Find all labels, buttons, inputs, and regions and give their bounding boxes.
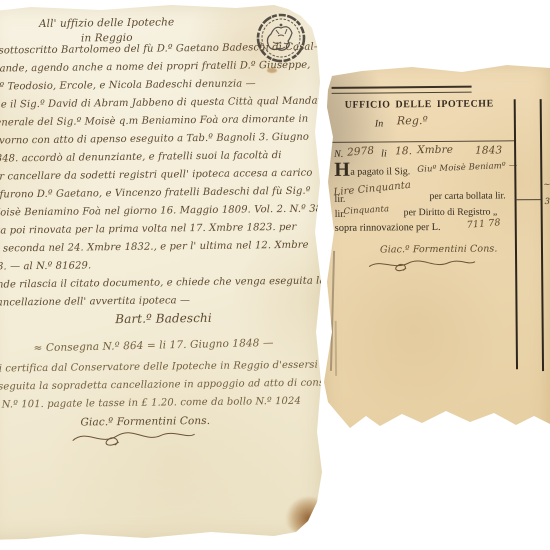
petitioner-signature: Bart.º Badeschi <box>115 311 212 326</box>
date-day: 18. <box>395 145 412 157</box>
left-document-text: All' uffizio delle Ipoteche in Reggio Il… <box>0 0 328 544</box>
number-value: 2978 <box>347 145 375 159</box>
ledger-margin-mark: ~ <box>543 180 550 190</box>
renewal-amount-value: 711 78 <box>466 217 501 231</box>
ledger-margin-mark: 3 <box>545 197 550 207</box>
paper-fold-shadow <box>330 251 335 371</box>
scanned-documents-background: { "colors": { "background": "#ffffff", "… <box>0 0 550 550</box>
handwritten-line: che il Sig.º David di Abram Jabbeno di q… <box>0 95 342 110</box>
handwritten-line: D.º Teodosio, Ercole, e Nicola Badeschi … <box>0 78 256 92</box>
handwritten-line: grande, agendo anche a nome dei propri f… <box>0 60 311 75</box>
place-value: Reg.º <box>397 114 428 127</box>
handwritten-line: li furono D.º Gaetano, e Vincenzo fratel… <box>0 186 311 201</box>
handwritten-line: Moisè Beniamino Foà nel giorno 16. Maggi… <box>0 203 332 218</box>
amount2-rest: per Diritto di Registro „ <box>404 206 498 218</box>
handwritten-line: far cancellare da sodetti registri quell… <box>0 168 312 183</box>
handwritten-line: 1848. accordò al denunziante, e fratelli… <box>0 150 282 165</box>
office-title: UFFICIO DELLE IPOTECHE <box>345 99 493 111</box>
handwritten-line: onde rilascia il citato documento, e chi… <box>0 276 326 291</box>
amount2-value: Cinquanta <box>343 204 389 217</box>
date-month: Xmbre <box>417 144 453 156</box>
renewal-line-label: sopra rinnovazione per L. <box>335 222 441 234</box>
certification-line: eseguita la sopradetta cancellazione in … <box>0 377 340 392</box>
certification-line: o N.º 101. pagate le tasse in £ 1.20. co… <box>0 396 301 411</box>
consegna-note: ≈ Consegna N.º 864 = li 17. Giugno 1848 … <box>33 337 273 354</box>
right-document-text: UFFICIO DELLE IPOTECHE In Reg.º N. 2978 … <box>320 61 550 443</box>
handwritten-line: Livorno con atto di apenso eseguito a Ta… <box>0 132 309 147</box>
conservator-signature: Giac.º Formentini Cons. <box>80 415 210 429</box>
clerk-signature: Giac.º Formentini Cons. <box>380 243 498 255</box>
paid-text: a pagato il Sig. <box>350 166 410 178</box>
handwritten-line: generale del Sig.º Moisè q.m Beniamino F… <box>0 114 308 129</box>
paid-dropcap: H <box>334 159 350 182</box>
handwritten-line: 43. — al N.º 81629. <box>0 260 91 272</box>
amount1-label: lir. <box>334 194 345 205</box>
ledger-amount-separator <box>516 199 541 200</box>
ledger-column-rule-left <box>514 99 518 369</box>
right-document-paper: UFFICIO DELLE IPOTECHE In Reg.º N. 2978 … <box>322 62 550 442</box>
date-label: li <box>381 148 387 159</box>
paper-fold-shadow <box>335 321 337 376</box>
signature-flourish-icon <box>69 429 199 447</box>
place-label: In <box>375 118 383 129</box>
amount1-rest: per carta bollata lir. <box>429 190 505 202</box>
document-header-line1: All' uffizio delle Ipoteche <box>32 16 182 30</box>
header-rule <box>329 140 515 143</box>
date-year: 1843 <box>475 144 502 156</box>
handwritten-line: la seconda nel 24. Xmbre 1832., e per l'… <box>0 240 309 255</box>
left-document-paper: All' uffizio delle Ipoteche in Reggio Il… <box>0 2 324 542</box>
ledger-column-rule-right <box>540 99 544 371</box>
payer-value: Giuº Moisè Beniamº — <box>417 161 517 175</box>
handwritten-line: cancellazione dell' avvertita ipoteca — <box>0 295 190 308</box>
handwritten-line: ata poi rinovata per la prima volta nel … <box>0 222 296 237</box>
signature-flourish-icon <box>366 258 478 273</box>
header-double-rule <box>332 86 472 94</box>
certification-line: Si certifica dal Conservatore delle Ipot… <box>0 360 318 375</box>
